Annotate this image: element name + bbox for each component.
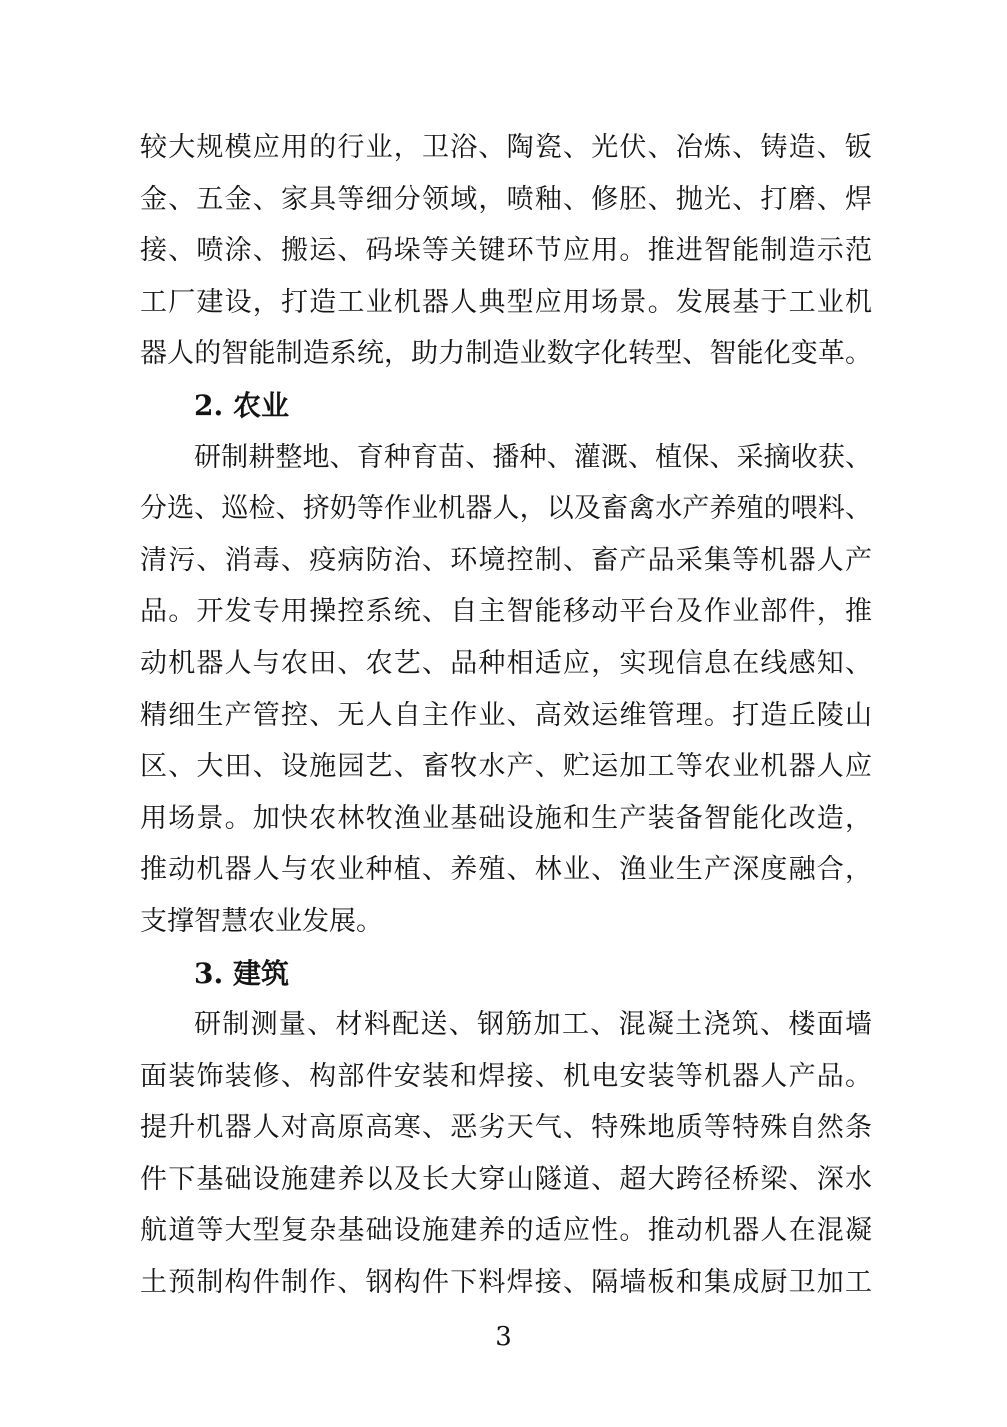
text-line: 精细生产管控、无人自主作业、高效运维管理。打造丘陵山 bbox=[140, 690, 872, 742]
text-line: 土预制构件制作、钢构件下料焊接、隔墙板和集成厨卫加工 bbox=[140, 1257, 872, 1309]
paragraph: 较大规模应用的行业，卫浴、陶瓷、光伏、冶炼、铸造、钣金、五金、家具等细分领域，喷… bbox=[140, 122, 872, 380]
text-line: 分选、巡检、挤奶等作业机器人，以及畜禽水产养殖的喂料、 bbox=[140, 483, 872, 535]
text-line: 品。开发专用操控系统、自主智能移动平台及作业部件，推 bbox=[140, 586, 872, 638]
paragraph: 研制耕整地、育种育苗、播种、灌溉、植保、采摘收获、分选、巡检、挤奶等作业机器人，… bbox=[140, 432, 872, 948]
text-line: 较大规模应用的行业，卫浴、陶瓷、光伏、冶炼、铸造、钣 bbox=[140, 122, 872, 174]
text-line: 提升机器人对高原高寒、恶劣天气、特殊地质等特殊自然条 bbox=[140, 1102, 872, 1154]
text-line: 研制测量、材料配送、钢筋加工、混凝土浇筑、楼面墙 bbox=[140, 999, 872, 1051]
text-line: 器人的智能制造系统，助力制造业数字化转型、智能化变革。 bbox=[140, 328, 872, 380]
text-line: 件下基础设施建养以及长大穿山隧道、超大跨径桥梁、深水 bbox=[140, 1154, 872, 1206]
document-body: 较大规模应用的行业，卫浴、陶瓷、光伏、冶炼、铸造、钣金、五金、家具等细分领域，喷… bbox=[140, 122, 872, 1309]
text-line: 研制耕整地、育种育苗、播种、灌溉、植保、采摘收获、 bbox=[140, 432, 872, 484]
page-number: 3 bbox=[0, 1320, 1007, 1354]
text-line: 清污、消毒、疫病防治、环境控制、畜产品采集等机器人产 bbox=[140, 535, 872, 587]
document-page: 较大规模应用的行业，卫浴、陶瓷、光伏、冶炼、铸造、钣金、五金、家具等细分领域，喷… bbox=[0, 0, 1007, 1427]
text-line: 推动机器人与农业种植、养殖、林业、渔业生产深度融合， bbox=[140, 844, 872, 896]
text-line: 用场景。加快农林牧渔业基础设施和生产装备智能化改造， bbox=[140, 793, 872, 845]
text-line: 区、大田、设施园艺、畜牧水产、贮运加工等农业机器人应 bbox=[140, 741, 872, 793]
text-line: 工厂建设，打造工业机器人典型应用场景。发展基于工业机 bbox=[140, 277, 872, 329]
text-line: 支撑智慧农业发展。 bbox=[140, 896, 872, 948]
text-line: 接、喷涂、搬运、码垛等关键环节应用。推进智能制造示范 bbox=[140, 225, 872, 277]
paragraph: 研制测量、材料配送、钢筋加工、混凝土浇筑、楼面墙面装饰装修、构部件安装和焊接、机… bbox=[140, 999, 872, 1309]
text-line: 动机器人与农田、农艺、品种相适应，实现信息在线感知、 bbox=[140, 638, 872, 690]
text-line: 面装饰装修、构部件安装和焊接、机电安装等机器人产品。 bbox=[140, 1051, 872, 1103]
text-line: 航道等大型复杂基础设施建养的适应性。推动机器人在混凝 bbox=[140, 1205, 872, 1257]
section-heading: 2. 农业 bbox=[140, 380, 872, 432]
text-line: 金、五金、家具等细分领域，喷釉、修胚、抛光、打磨、焊 bbox=[140, 174, 872, 226]
section-heading: 3. 建筑 bbox=[140, 948, 872, 1000]
